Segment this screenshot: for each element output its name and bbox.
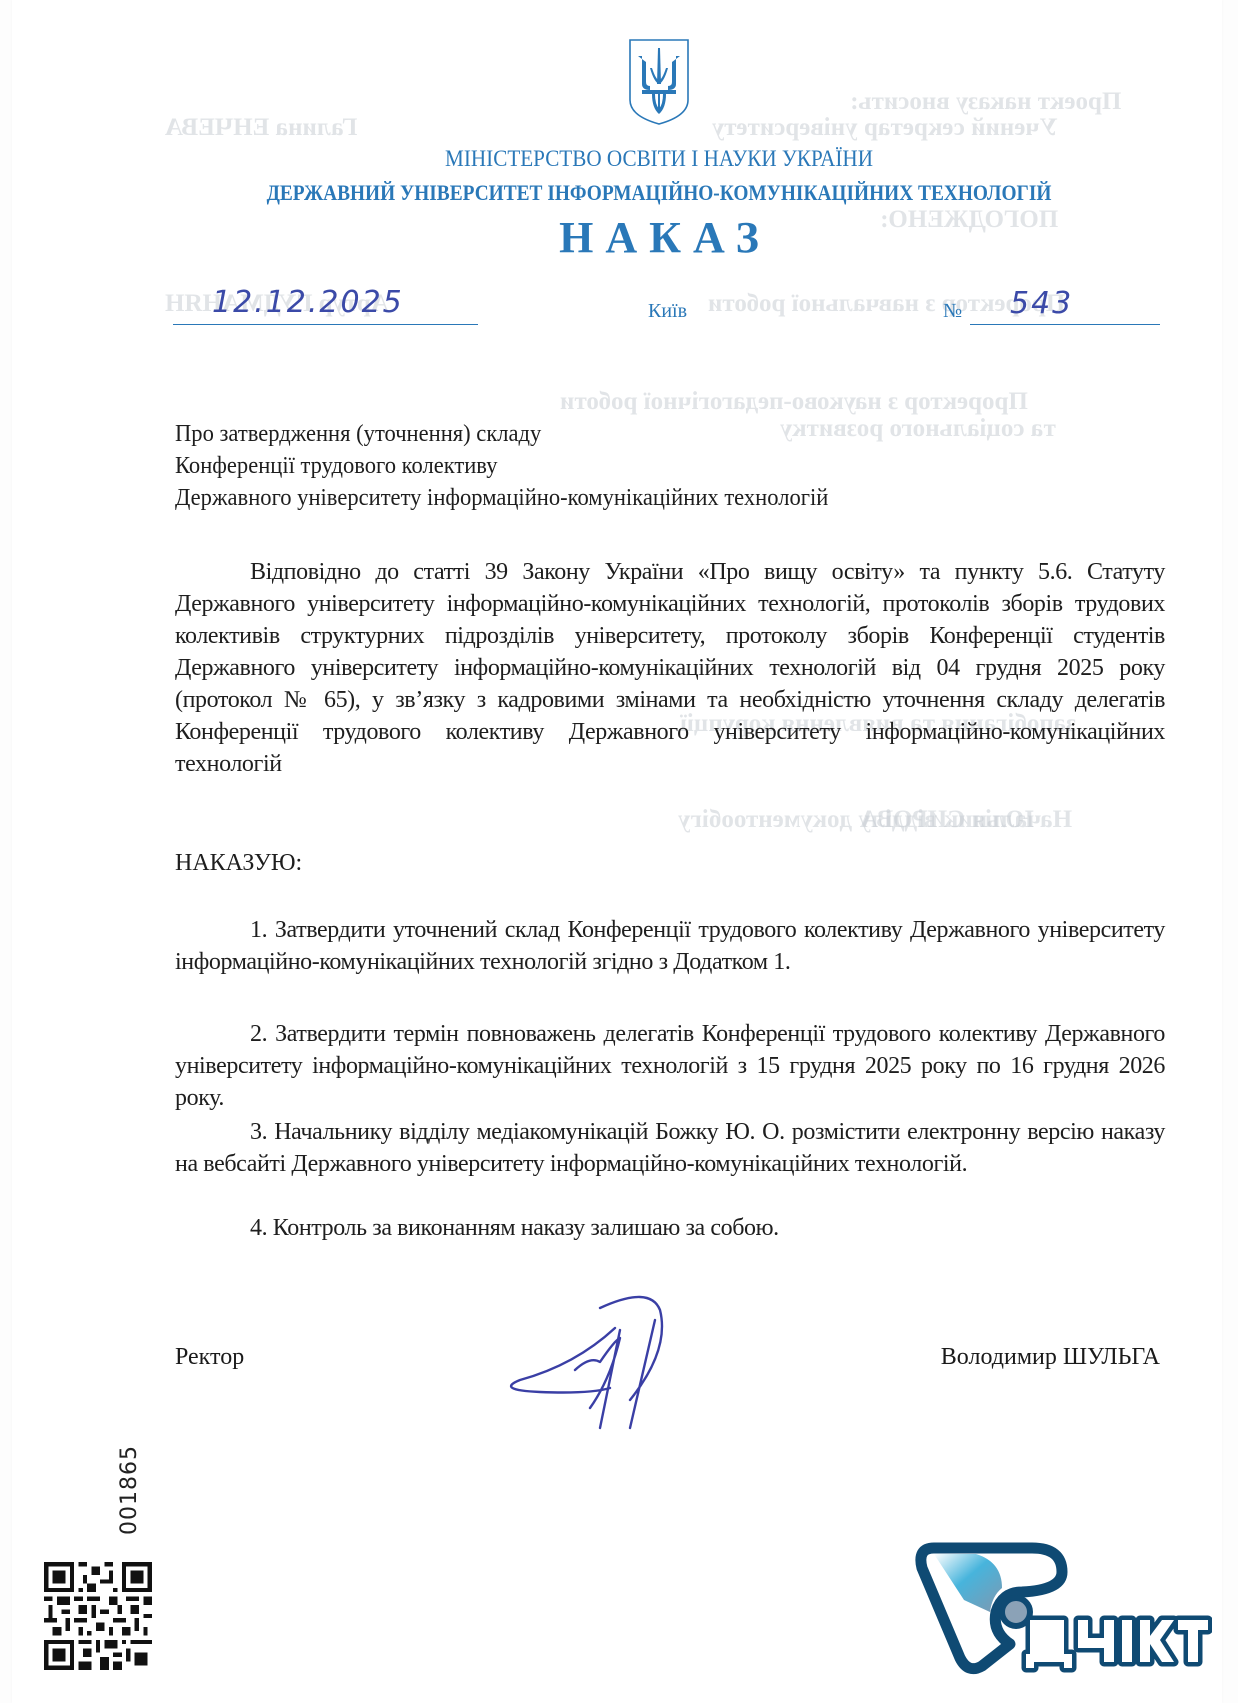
- order-city: Київ: [648, 300, 687, 323]
- order-item: 4. Контроль за виконанням наказу залишаю…: [175, 1212, 1165, 1244]
- signatory-position: Ректор: [175, 1344, 244, 1371]
- university-name: ДЕРЖАВНИЙ УНІВЕРСИТЕТ ІНФОРМАЦІЙНО-КОМУН…: [114, 180, 1203, 206]
- date-underline: [173, 324, 478, 325]
- order-item: 1. Затвердити уточнений склад Конференці…: [175, 914, 1165, 978]
- qr-code-icon[interactable]: [44, 1562, 152, 1670]
- order-directive-heading: НАКАЗУЮ:: [175, 850, 302, 877]
- ministry-name: МІНІСТЕРСТВО ОСВІТИ І НАУКИ УКРАЇНИ: [90, 146, 1229, 172]
- order-date: 12.12.2025: [212, 285, 404, 320]
- order-item-text: 1. Затвердити уточнений склад Конференці…: [175, 917, 1165, 975]
- number-underline: [970, 324, 1160, 325]
- order-item-text: 4. Контроль за виконанням наказу залишаю…: [250, 1215, 779, 1241]
- bleed-text: Юлія СИРОВА: [860, 806, 1034, 834]
- coat-of-arms-icon: [628, 38, 690, 126]
- order-subject: Про затвердження (уточнення) складу Конф…: [175, 418, 1021, 514]
- document-type-title: НАКАЗ: [46, 212, 1238, 263]
- order-item-text: 3. Начальнику відділу медіакомунікацій Б…: [175, 1119, 1165, 1177]
- subject-line: Про затвердження (уточнення) складу: [175, 418, 1021, 450]
- subject-line: Конференції трудового колективу: [175, 450, 1021, 482]
- preamble-paragraph: Відповідно до статті 39 Закону України «…: [175, 556, 1165, 780]
- bleed-text: Проект наказу вносить:: [850, 88, 1121, 116]
- subject-line: Державного університету інформаційно-ком…: [175, 482, 1021, 514]
- order-item: 3. Начальнику відділу медіакомунікацій Б…: [175, 1116, 1165, 1180]
- bleed-text: Учений секретар університету: [712, 114, 1058, 142]
- bleed-text: Проректор з науково-педагогічної роботи: [560, 388, 1028, 416]
- document-serial-number: 001865: [117, 1445, 142, 1535]
- bleed-text: Галина ЕНЧЕВА: [165, 114, 357, 142]
- order-number-label: №: [943, 300, 962, 323]
- order-item: 2. Затвердити термін повноважень делегат…: [175, 1018, 1165, 1114]
- document-page: Проект наказу вносить: Учений секретар у…: [0, 0, 1238, 1703]
- preamble-text: Відповідно до статті 39 Закону України «…: [175, 559, 1165, 777]
- order-number: 543: [1010, 286, 1073, 321]
- order-item-text: 2. Затвердити термін повноважень делегат…: [175, 1021, 1165, 1111]
- handwritten-signature-icon: [480, 1290, 740, 1430]
- university-logo-icon: [912, 1540, 1212, 1680]
- signatory-name: Володимир ШУЛЬГА: [941, 1344, 1160, 1371]
